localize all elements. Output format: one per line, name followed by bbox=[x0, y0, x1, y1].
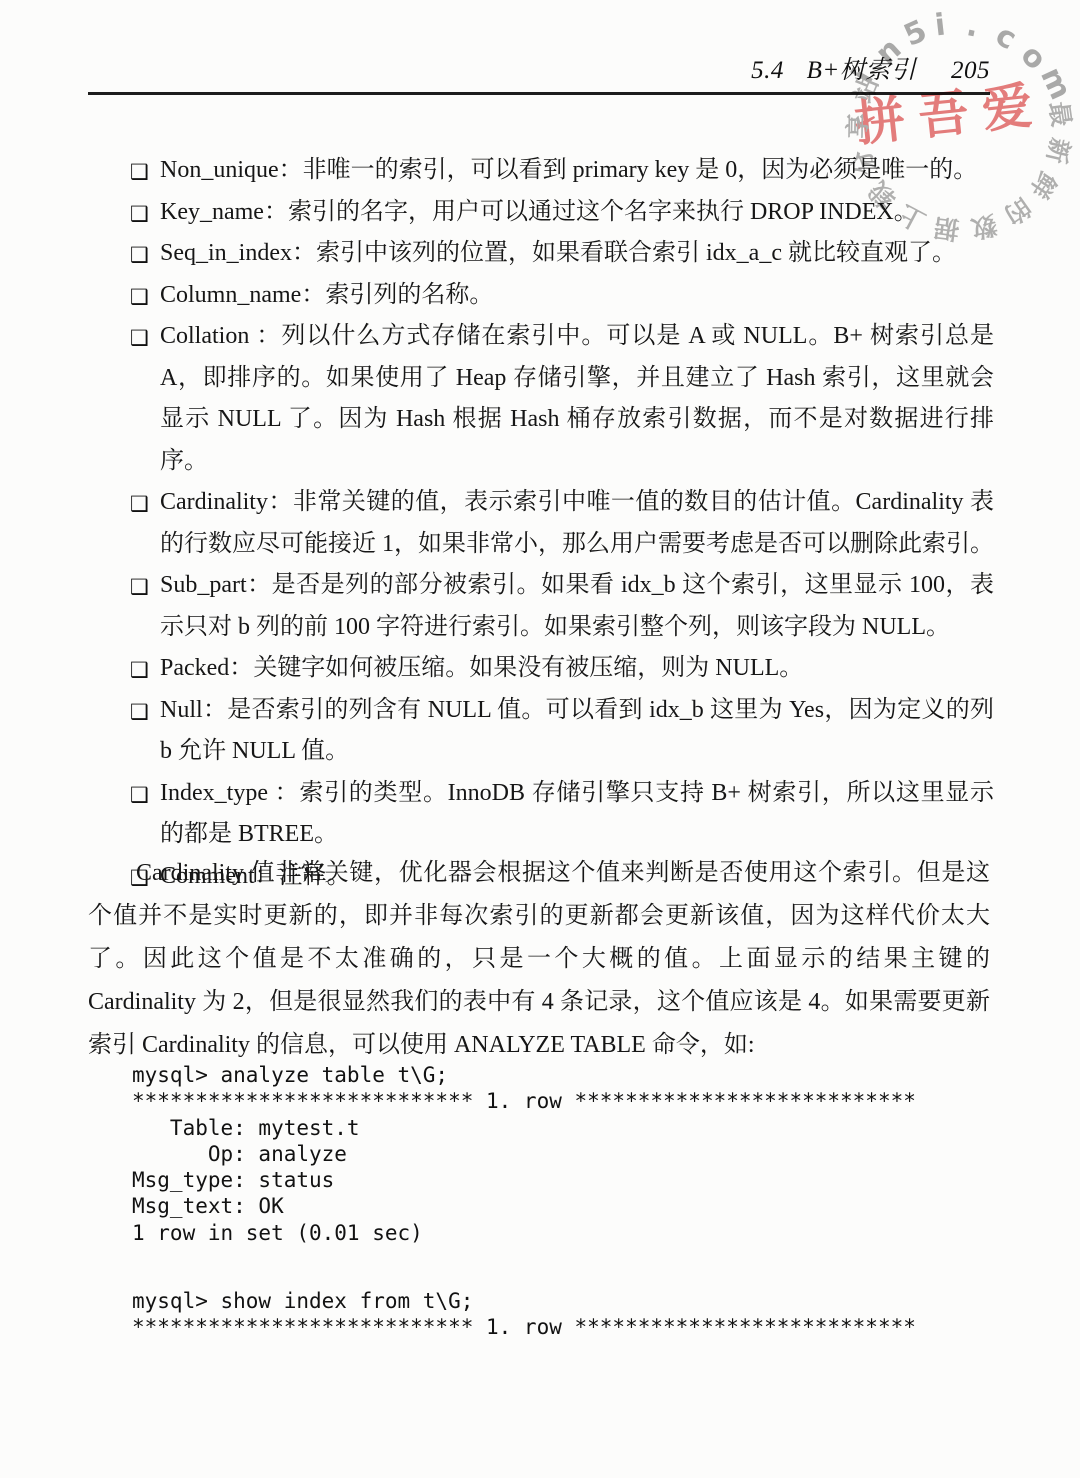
watermark-ring-char: m bbox=[1034, 62, 1079, 105]
index-column-item: ❑ Non_unique：非唯一的索引，可以看到 primary key 是 0… bbox=[88, 150, 994, 192]
mysql-analyze-output: mysql> analyze table t\G; **************… bbox=[132, 1062, 916, 1246]
column-term: Sub_part： bbox=[160, 572, 272, 598]
index-column-item: ❑ Seq_in_index：索引中该列的位置，如果看联合索引 idx_a_c … bbox=[88, 233, 994, 275]
index-column-item: ❑ Key_name：索引的名字，用户可以通过这个名字来执行 DROP INDE… bbox=[88, 192, 994, 234]
watermark-ring-char: 最 bbox=[1042, 99, 1080, 129]
section-number: 5.4 bbox=[751, 57, 784, 84]
index-column-item: ❑ Column_name：索引列的名称。 bbox=[88, 275, 994, 317]
column-desc: 关键字如何被压缩。如果没有被压缩，则为 NULL。 bbox=[253, 655, 803, 681]
watermark-ring-char: 享 bbox=[838, 113, 874, 139]
square-bullet-icon: ❑ bbox=[130, 194, 149, 236]
column-term: Cardinality： bbox=[160, 489, 293, 515]
index-column-item: ❑ Cardinality：非常关键的值，表示索引中唯一值的数目的估计值。Car… bbox=[88, 482, 994, 565]
index-column-item: ❑ Collation ：列以什么方式存储在索引中。可以是 A 或 NULL。B… bbox=[88, 316, 994, 482]
watermark-ring-char: 的 bbox=[998, 190, 1039, 234]
index-column-item: ❑ Packed：关键字如何被压缩。如果没有被压缩，则为 NULL。 bbox=[88, 648, 994, 690]
column-desc: 是否是列的部分被索引。如果看 idx_b 这个索引，这里显示 100，表示只对 … bbox=[160, 572, 994, 640]
column-term: Non_unique： bbox=[160, 157, 303, 183]
watermark-ring-char: 新 bbox=[1040, 135, 1080, 167]
index-column-item: ❑ Sub_part：是否是列的部分被索引。如果看 idx_b 这个索引，这里显… bbox=[88, 565, 994, 648]
watermark-ring-char: 5 bbox=[898, 13, 931, 53]
column-desc: 索引的名字，用户可以通过这个名字来执行 DROP INDEX。 bbox=[288, 199, 918, 225]
index-column-item: ❑ Null：是否索引的列含有 NULL 值。可以看到 idx_b 这里为 Ye… bbox=[88, 690, 994, 773]
square-bullet-icon: ❑ bbox=[130, 484, 149, 526]
column-term: Null： bbox=[160, 697, 227, 723]
watermark-ring-char: i bbox=[934, 7, 948, 43]
book-page: 拼吾爱 in5i.com最新鲜的数据上载分享站 5.4 B+树索引 205 ❑ … bbox=[0, 0, 1080, 1478]
column-desc: 列以什么方式存储在索引中。可以是 A 或 NULL。B+ 树索引总是 A，即排序… bbox=[160, 323, 994, 474]
running-head: 5.4 B+树索引 205 bbox=[88, 50, 990, 86]
watermark-ring-char: o bbox=[1013, 38, 1053, 77]
index-column-item: ❑ Index_type ：索引的类型。InnoDB 存储引擎只支持 B+ 树索… bbox=[88, 773, 994, 856]
column-desc: 非唯一的索引，可以看到 primary key 是 0，因为必须是唯一的。 bbox=[303, 157, 978, 183]
column-desc: 索引中该列的位置，如果看联合索引 idx_a_c 就比较直观了。 bbox=[316, 240, 956, 266]
square-bullet-icon: ❑ bbox=[130, 277, 149, 319]
square-bullet-icon: ❑ bbox=[130, 775, 149, 817]
header-rule bbox=[88, 92, 990, 95]
square-bullet-icon: ❑ bbox=[130, 152, 149, 194]
watermark-ring-char: 鲜 bbox=[1023, 165, 1067, 206]
column-desc: 索引列的名称。 bbox=[325, 282, 493, 308]
column-term: Seq_in_index： bbox=[160, 240, 316, 266]
square-bullet-icon: ❑ bbox=[130, 692, 149, 734]
column-term: Column_name： bbox=[160, 282, 325, 308]
column-desc: 是否索引的列含有 NULL 值。可以看到 idx_b 这里为 Yes，因为定义的… bbox=[160, 697, 994, 765]
column-term: Index_type ： bbox=[160, 780, 299, 806]
square-bullet-icon: ❑ bbox=[130, 650, 149, 692]
square-bullet-icon: ❑ bbox=[130, 318, 149, 360]
mysql-show-index-output: mysql> show index from t\G; ************… bbox=[132, 1288, 916, 1341]
column-term: Key_name： bbox=[160, 199, 288, 225]
square-bullet-icon: ❑ bbox=[130, 567, 149, 609]
watermark-ring-char: . bbox=[964, 8, 982, 45]
body-paragraph: Cardinality 值非常关键，优化器会根据这个值来判断是否使用这个索引。但… bbox=[88, 852, 990, 1067]
column-term: Collation ： bbox=[160, 323, 281, 349]
square-bullet-icon: ❑ bbox=[130, 235, 149, 277]
section-title: B+树索引 bbox=[807, 57, 917, 84]
watermark-ring-char: c bbox=[990, 18, 1023, 57]
index-column-list: ❑ Non_unique：非唯一的索引，可以看到 primary key 是 0… bbox=[88, 150, 994, 897]
page-number: 205 bbox=[951, 57, 990, 84]
column-term: Packed： bbox=[160, 655, 253, 681]
